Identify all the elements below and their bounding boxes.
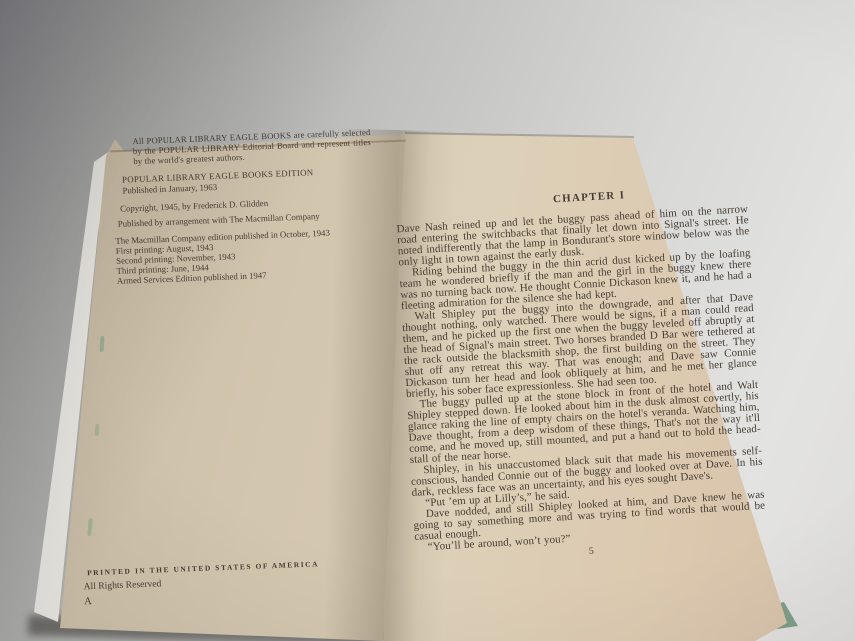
chapter-page: CHAPTER I Dave Nash reined up and let th… — [385, 182, 775, 568]
body-text: Dave Nash reined up and let the buggy pa… — [396, 204, 766, 554]
copyright-line: Copyright, 1945, by Frederick D. Glidden — [120, 198, 268, 214]
rights-line: All Rights Reserved — [83, 578, 161, 592]
edition-title: POPULAR LIBRARY EAGLE BOOKS EDITION — [122, 167, 314, 184]
printed-in-line: PRINTED IN THE UNITED STATES OF AMERICA — [87, 559, 319, 577]
printing-history: The Macmillan Company edition published … — [115, 228, 331, 286]
arrangement-line: Published by arrangement with The Macmil… — [118, 211, 320, 229]
copyright-page: All POPULAR LIBRARY EAGLE BOOKS are care… — [58, 115, 407, 640]
printer-key: A — [84, 596, 92, 607]
publisher-notice: All POPULAR LIBRARY EAGLE BOOKS are care… — [132, 128, 371, 167]
photo-of-open-book: All POPULAR LIBRARY EAGLE BOOKS are care… — [0, 0, 855, 641]
